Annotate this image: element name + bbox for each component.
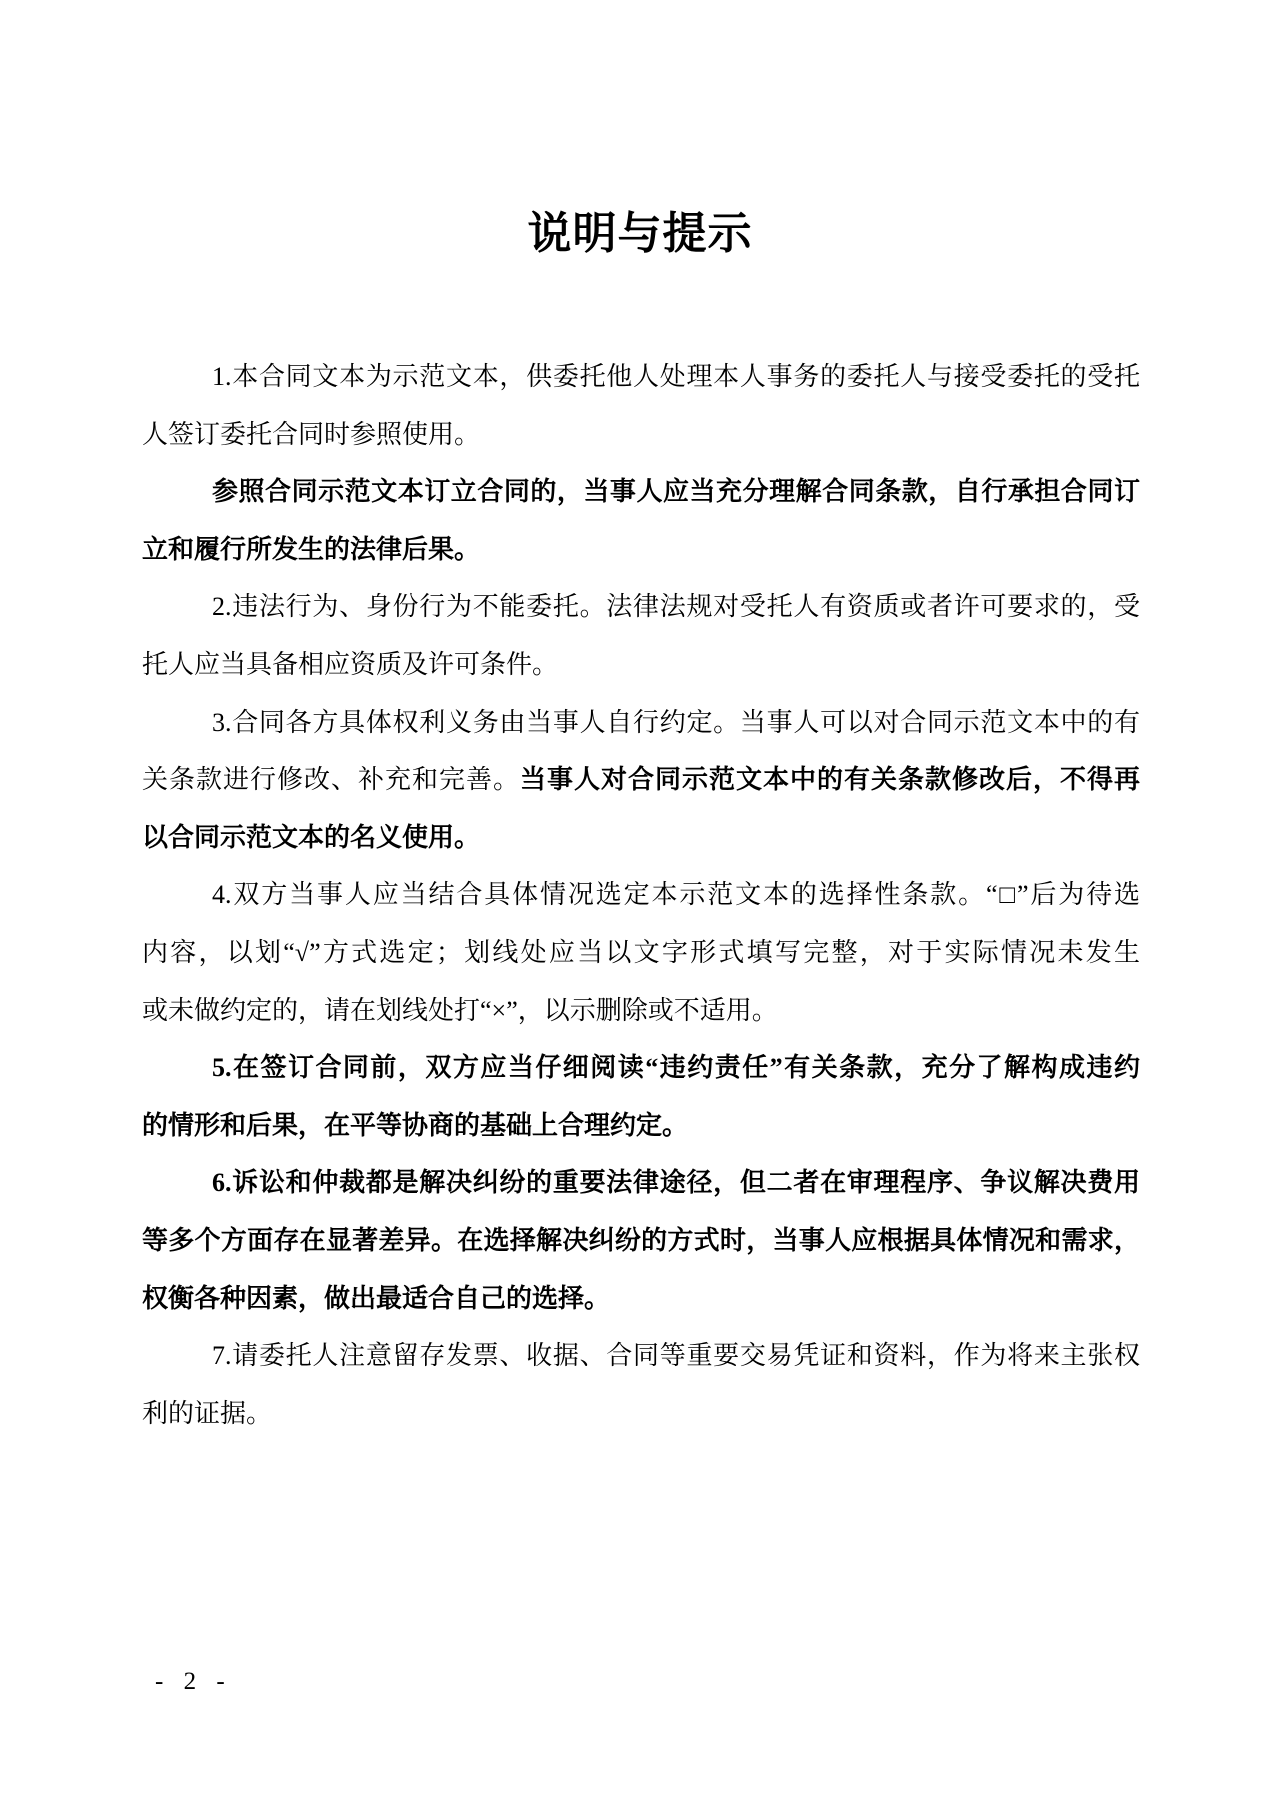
text-run: 1.本合同文本为示范文本，供委托他人处理本人事务的委托人与接受委托的受托 xyxy=(212,362,1140,391)
text-run: 关条款进行修改、补充和完善。 xyxy=(142,765,520,794)
paragraph: 7.请委托人注意留存发票、收据、合同等重要交易凭证和资料，作为将来主张权 利的证… xyxy=(142,1327,1140,1442)
text-run: 利的证据。 xyxy=(142,1399,272,1428)
text-line: 权衡各种因素，做出最适合自己的选择。 xyxy=(142,1270,1140,1328)
text-line: 1.本合同文本为示范文本，供委托他人处理本人事务的委托人与接受委托的受托 xyxy=(142,348,1140,406)
text-run: 人签订委托合同时参照使用。 xyxy=(142,420,480,449)
text-run: 7.请委托人注意留存发票、收据、合同等重要交易凭证和资料，作为将来主张权 xyxy=(212,1341,1140,1370)
text-run: 参照合同示范文本订立合同的，当事人应当充分理解合同条款，自行承担合同订 xyxy=(212,477,1140,506)
text-line: 等多个方面存在显著差异。在选择解决纠纷的方式时，当事人应根据具体情况和需求， xyxy=(142,1212,1140,1270)
text-run: 或未做约定的，请在划线处打“×”，以示删除或不适用。 xyxy=(142,996,778,1025)
text-line: 6.诉讼和仲裁都是解决纠纷的重要法律途径，但二者在审理程序、争议解决费用 xyxy=(142,1154,1140,1212)
text-line: 关条款进行修改、补充和完善。当事人对合同示范文本中的有关条款修改后，不得再 xyxy=(142,751,1140,809)
paragraph: 4.双方当事人应当结合具体情况选定本示范文本的选择性条款。“□”后为待选 内容，… xyxy=(142,866,1140,1039)
text-run: 3.合同各方具体权利义务由当事人自行约定。当事人可以对合同示范文本中的有 xyxy=(212,708,1140,737)
text-line: 内容，以划“√”方式选定；划线处应当以文字形式填写完整，对于实际情况未发生 xyxy=(142,924,1140,982)
page-title: 说明与提示 xyxy=(0,0,1280,260)
text-run: 4.双方当事人应当结合具体情况选定本示范文本的选择性条款。“□”后为待选 xyxy=(212,880,1140,909)
text-line: 托人应当具备相应资质及许可条件。 xyxy=(142,636,1140,694)
text-line: 3.合同各方具体权利义务由当事人自行约定。当事人可以对合同示范文本中的有 xyxy=(142,694,1140,752)
paragraph: 5.在签订合同前，双方应当仔细阅读“违约责任”有关条款，充分了解构成违约 的情形… xyxy=(142,1039,1140,1154)
paragraph: 2.违法行为、身份行为不能委托。法律法规对受托人有资质或者许可要求的，受 托人应… xyxy=(142,578,1140,693)
text-line: 利的证据。 xyxy=(142,1385,1140,1443)
text-line: 4.双方当事人应当结合具体情况选定本示范文本的选择性条款。“□”后为待选 xyxy=(142,866,1140,924)
text-run: 的情形和后果，在平等协商的基础上合理约定。 xyxy=(142,1111,688,1140)
text-run: 内容，以划“√”方式选定；划线处应当以文字形式填写完整，对于实际情况未发生 xyxy=(142,938,1140,967)
text-line: 的情形和后果，在平等协商的基础上合理约定。 xyxy=(142,1097,1140,1155)
paragraph: 参照合同示范文本订立合同的，当事人应当充分理解合同条款，自行承担合同订 立和履行… xyxy=(142,463,1140,578)
paragraph: 6.诉讼和仲裁都是解决纠纷的重要法律途径，但二者在审理程序、争议解决费用 等多个… xyxy=(142,1154,1140,1327)
paragraph: 3.合同各方具体权利义务由当事人自行约定。当事人可以对合同示范文本中的有 关条款… xyxy=(142,694,1140,867)
text-line: 7.请委托人注意留存发票、收据、合同等重要交易凭证和资料，作为将来主张权 xyxy=(142,1327,1140,1385)
text-line: 2.违法行为、身份行为不能委托。法律法规对受托人有资质或者许可要求的，受 xyxy=(142,578,1140,636)
text-line: 人签订委托合同时参照使用。 xyxy=(142,406,1140,464)
page-number: - 2 - xyxy=(155,1668,232,1696)
text-run: 立和履行所发生的法律后果。 xyxy=(142,535,480,564)
text-line: 或未做约定的，请在划线处打“×”，以示删除或不适用。 xyxy=(142,982,1140,1040)
paragraph: 1.本合同文本为示范文本，供委托他人处理本人事务的委托人与接受委托的受托 人签订… xyxy=(142,348,1140,463)
text-run: 6.诉讼和仲裁都是解决纠纷的重要法律途径，但二者在审理程序、争议解决费用 xyxy=(212,1168,1140,1197)
document-body: 1.本合同文本为示范文本，供委托他人处理本人事务的委托人与接受委托的受托 人签订… xyxy=(142,348,1140,1442)
text-run: 当事人对合同示范文本中的有关条款修改后，不得再 xyxy=(520,764,1140,794)
text-run: 托人应当具备相应资质及许可条件。 xyxy=(142,650,558,679)
text-run: 5.在签订合同前，双方应当仔细阅读“违约责任”有关条款，充分了解构成违约 xyxy=(212,1053,1140,1082)
text-run: 以合同示范文本的名义使用。 xyxy=(142,822,480,852)
document-page: 说明与提示 1.本合同文本为示范文本，供委托他人处理本人事务的委托人与接受委托的… xyxy=(0,0,1280,1811)
text-line: 参照合同示范文本订立合同的，当事人应当充分理解合同条款，自行承担合同订 xyxy=(142,463,1140,521)
text-line: 立和履行所发生的法律后果。 xyxy=(142,521,1140,579)
text-line: 5.在签订合同前，双方应当仔细阅读“违约责任”有关条款，充分了解构成违约 xyxy=(142,1039,1140,1097)
text-run: 2.违法行为、身份行为不能委托。法律法规对受托人有资质或者许可要求的，受 xyxy=(212,592,1140,621)
text-run: 权衡各种因素，做出最适合自己的选择。 xyxy=(142,1284,610,1313)
text-line: 以合同示范文本的名义使用。 xyxy=(142,809,1140,867)
text-run: 等多个方面存在显著差异。在选择解决纠纷的方式时，当事人应根据具体情况和需求， xyxy=(142,1226,1140,1255)
